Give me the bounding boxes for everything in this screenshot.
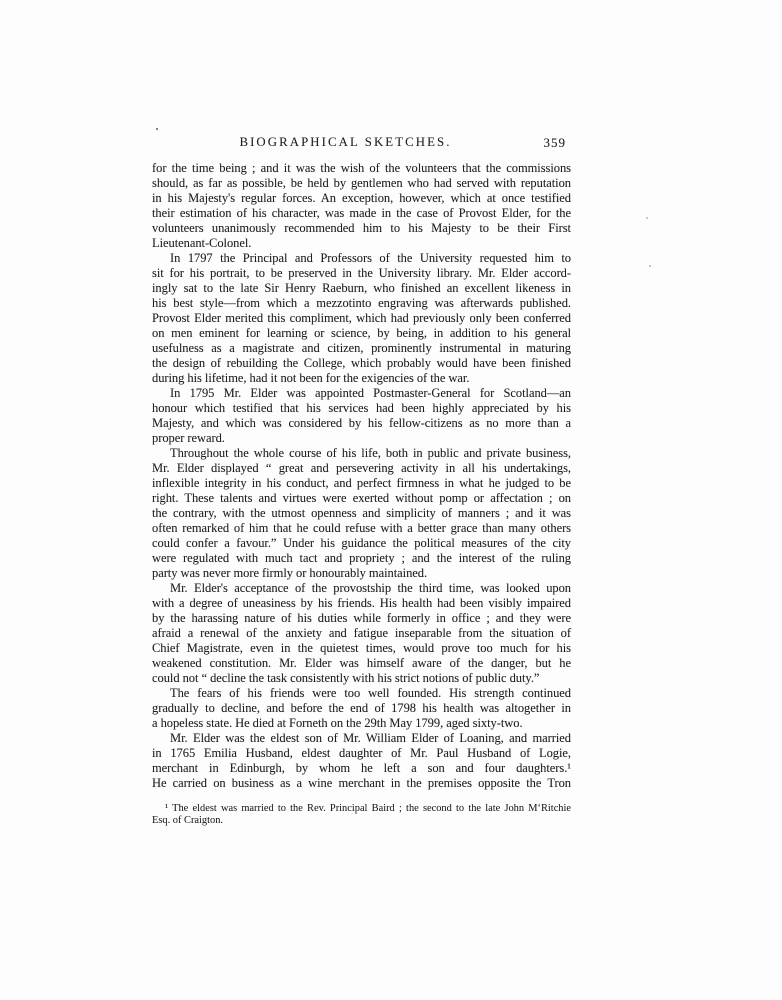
text-line: honour which testified that his services… [152,401,571,416]
text-line: during his lifetime, had it not been for… [152,371,571,386]
text-line: usefulness as a magistrate and citizen, … [152,341,571,356]
running-header: BIOGRAPHICAL SKETCHES. 359 [152,135,571,152]
paragraph: In 1797 the Principal and Professors of … [152,251,571,386]
paragraph: for the time being ; and it was the wish… [152,161,571,251]
text-line: a hopeless state. He died at Forneth on … [152,716,571,731]
text-line: the contrary, with the utmost openness a… [152,506,571,521]
text-line: in his Majesty's regular forces. An exce… [152,191,571,206]
text-line: weakened constitution. Mr. Elder was him… [152,656,571,671]
footnote-line: Esq. of Craigton. [152,815,571,827]
text-line: volunteers unanimously recommended him t… [152,221,571,236]
text-line: their estimation of his character, was m… [152,206,571,221]
text-line: should, as far as possible, be held by g… [152,176,571,191]
book-page: BIOGRAPHICAL SKETCHES. 359 for the time … [0,0,782,1000]
text-line: on men eminent for learning or science, … [152,326,571,341]
paragraph: In 1795 Mr. Elder was appointed Postmast… [152,386,571,446]
text-line: sit for his portrait, to be preserved in… [152,266,571,281]
text-line: right. These talents and virtues were ex… [152,491,571,506]
text-line: Mr. Elder displayed “ great and persever… [152,461,571,476]
footnote: ¹ The eldest was married to the Rev. Pri… [152,803,571,828]
text-line: gradually to decline, and before the end… [152,701,571,716]
text-line: Mr. Elder's acceptance of the provostshi… [152,581,571,596]
text-line: ingly sat to the late Sir Henry Raeburn,… [152,281,571,296]
text-line: party was never more firmly or honourabl… [152,566,571,581]
text-line: could confer a favour.” Under his guidan… [152,536,571,551]
page-number: 359 [544,135,567,151]
text-line: for the time being ; and it was the wish… [152,161,571,176]
text-line: Mr. Elder was the eldest son of Mr. Will… [152,731,571,746]
text-line: by the harassing nature of his duties wh… [152,611,571,626]
scan-speck [646,217,648,219]
text-line: in 1765 Emilia Husband, eldest daughter … [152,746,571,761]
text-line: The fears of his friends were too well f… [152,686,571,701]
text-line: Chief Magistrate, even in the quietest t… [152,641,571,656]
page-header-title: BIOGRAPHICAL SKETCHES. [136,135,555,150]
text-line: inflexible integrity in his conduct, and… [152,476,571,491]
scan-speck [649,265,651,267]
text-line: afraid a renewal of the anxiety and fati… [152,626,571,641]
text-line: the design of rebuilding the College, wh… [152,356,571,371]
text-line: In 1795 Mr. Elder was appointed Postmast… [152,386,571,401]
paragraph: The fears of his friends were too well f… [152,686,571,731]
text-line: Majesty, and which was considered by his… [152,416,571,431]
text-line: In 1797 the Principal and Professors of … [152,251,571,266]
text-line: with a degree of uneasiness by his frien… [152,596,571,611]
paragraph: Mr. Elder's acceptance of the provostshi… [152,581,571,686]
paragraph: Throughout the whole course of his life,… [152,446,571,581]
text-line: Throughout the whole course of his life,… [152,446,571,461]
scan-speck [156,128,158,130]
text-line: were regulated with much tact and propri… [152,551,571,566]
text-body: for the time being ; and it was the wish… [152,161,571,791]
text-line: merchant in Edinburgh, by whom he left a… [152,761,571,776]
text-line: could not “ decline the task consistentl… [152,671,571,686]
text-line: Provost Elder merited this compliment, w… [152,311,571,326]
footnote-line: ¹ The eldest was married to the Rev. Pri… [152,803,571,815]
text-line: Lieutenant-Colonel. [152,236,571,251]
paragraph: Mr. Elder was the eldest son of Mr. Will… [152,731,571,791]
text-line: his best style—from which a mezzotinto e… [152,296,571,311]
text-line: He carried on business as a wine merchan… [152,776,571,791]
text-line: proper reward. [152,431,571,446]
text-line: often remarked of him that he could refu… [152,521,571,536]
